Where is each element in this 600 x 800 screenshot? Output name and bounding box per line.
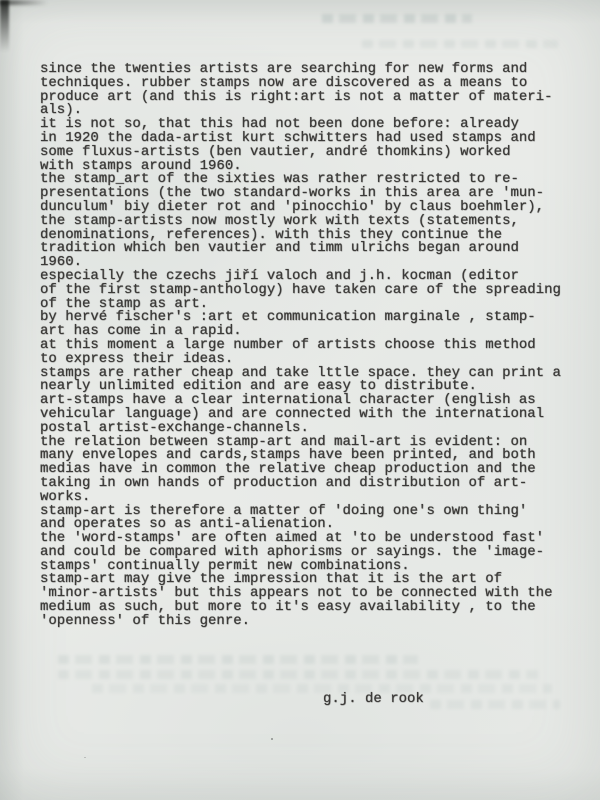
dust-speck	[84, 757, 86, 758]
photo-of-typewritten-page: since the twenties artists are searching…	[0, 0, 600, 800]
bleed-through-ghost-text	[92, 684, 552, 693]
photo-edge-shadow-left	[0, 0, 9, 52]
text-line: tradition which ben vautier and timm ulr…	[40, 242, 580, 256]
dust-speck	[271, 738, 273, 740]
text-line: taking in own hands of production and di…	[40, 477, 580, 491]
bleed-through-ghost-text	[430, 700, 560, 709]
text-line: 'openness' of this genre.	[40, 615, 580, 629]
bleed-through-ghost-text	[362, 40, 558, 48]
photo-edge-shadow-top	[0, 0, 48, 5]
bleed-through-ghost-text	[322, 14, 472, 23]
text-line: produce art (and this is right:art is no…	[40, 91, 580, 105]
bleed-through-ghost-text	[58, 670, 538, 679]
bleed-through-ghost-text	[58, 655, 418, 664]
typewritten-text: since the twenties artists are searching…	[40, 63, 580, 629]
author-signature: g.j. de rook	[323, 691, 424, 707]
